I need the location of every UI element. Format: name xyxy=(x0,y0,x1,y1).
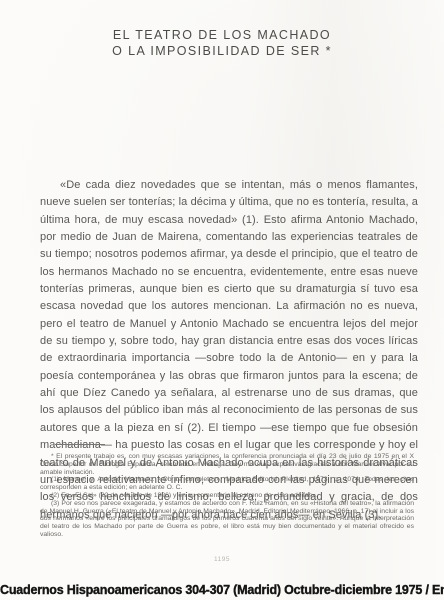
article-title-line-1: EL TEATRO DE LOS MACHADO xyxy=(0,27,444,43)
footnote-3: (3) Por eso nos parece exagerada, y esta… xyxy=(40,500,414,539)
footnote-2: (2) En «El Sol» (22 de octubre de 1926) … xyxy=(40,492,414,500)
footnote-1: (1) Manuel y Antonio Machado: «Obras com… xyxy=(40,476,414,492)
journal-footer-caption: Cuadernos Hispanoamericanos 304-307 (Mad… xyxy=(0,583,444,597)
article-title: EL TEATRO DE LOS MACHADO O LA IMPOSIBILI… xyxy=(0,27,444,59)
footnote-separator-rule xyxy=(55,444,105,445)
page-number: 1195 xyxy=(0,556,444,563)
scanned-article-page: EL TEATRO DE LOS MACHADO O LA IMPOSIBILI… xyxy=(0,0,444,600)
article-title-line-2: O LA IMPOSIBILIDAD DE SER * xyxy=(0,43,444,59)
footnotes-block: * El presente trabajo es, con muy escasa… xyxy=(40,453,414,539)
footnote-asterisk: * El presente trabajo es, con muy escasa… xyxy=(40,453,414,476)
